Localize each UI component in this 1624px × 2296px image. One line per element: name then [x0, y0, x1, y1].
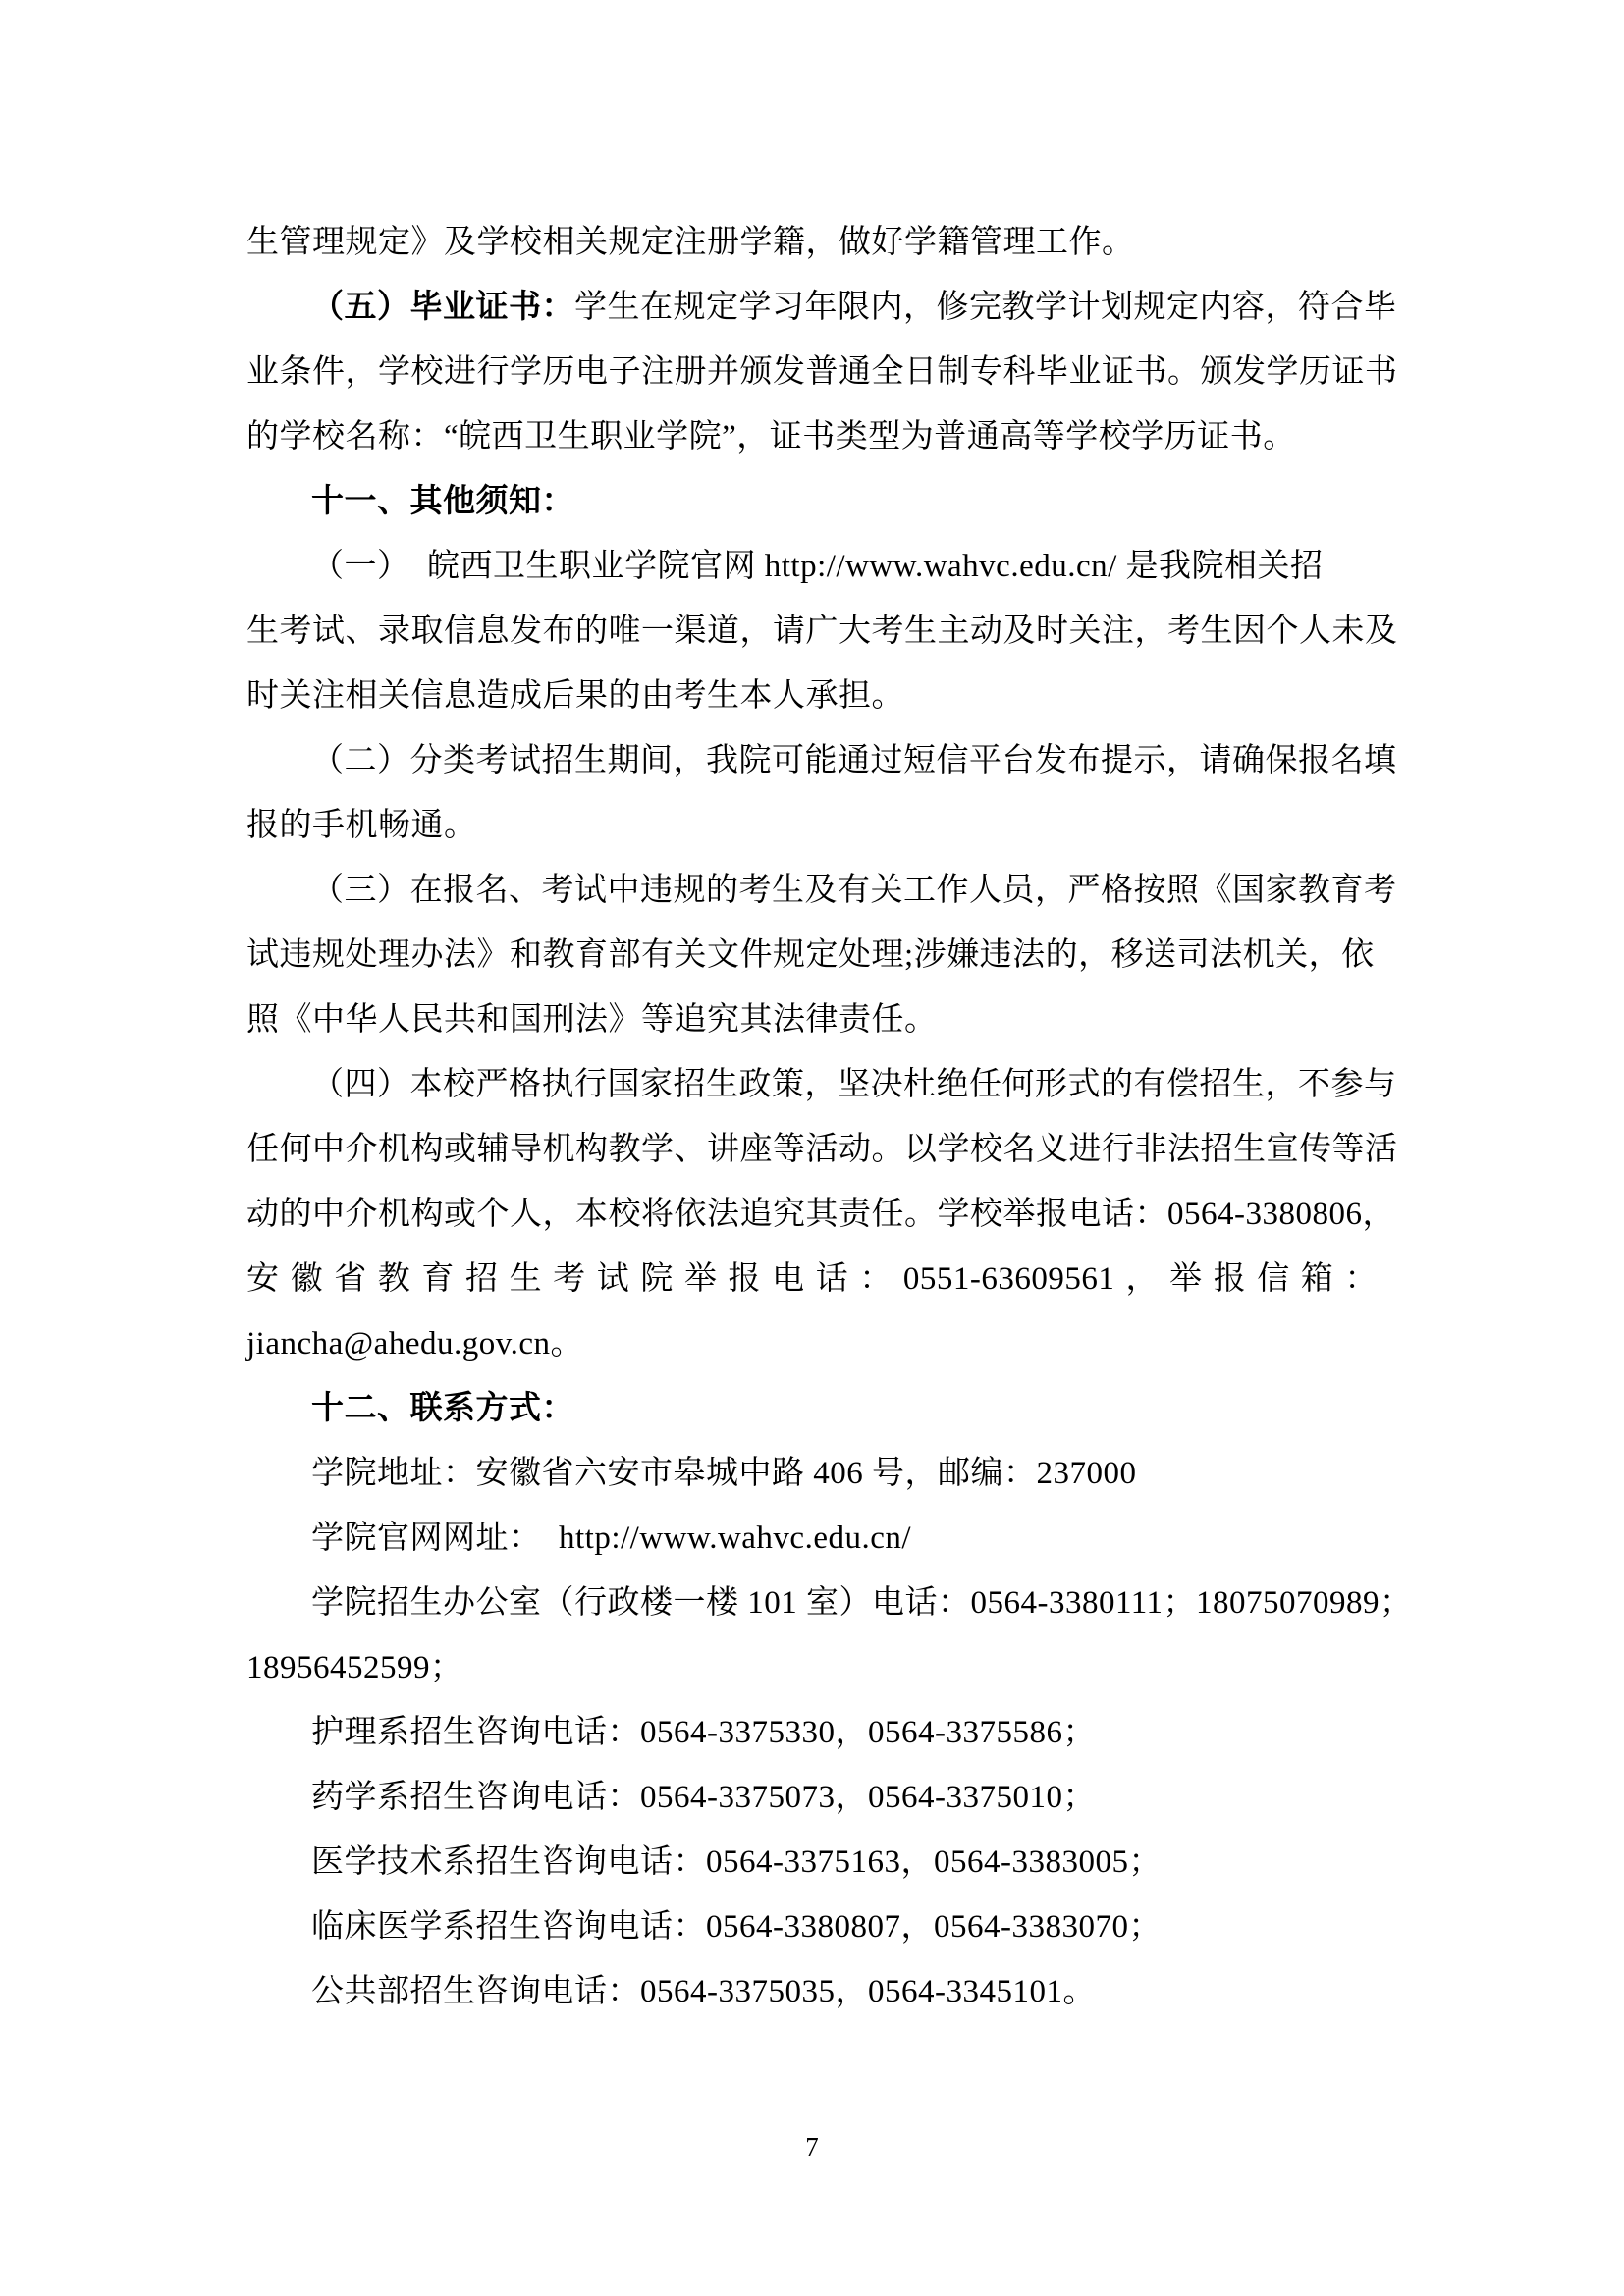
paragraph-line: 生管理规定》及学校相关规定注册学籍，做好学籍管理工作。 — [246, 210, 1378, 275]
paragraph-line: 学院官网网址： http://www.wahvc.edu.cn/ — [246, 1506, 1378, 1571]
text-run: （二）分类考试招生期间，我院可能通过短信平台发布提示，请确保报名填 — [311, 743, 1397, 778]
text-run: 报的手机畅通。 — [246, 808, 477, 843]
text-run: 学生在规定学习年限内，修完教学计划规定内容，符合毕 — [574, 290, 1397, 325]
paragraph-line: 临床医学系招生咨询电话：0564-3380807，0564-3383070； — [246, 1895, 1378, 1959]
paragraph-line: （一） 皖西卫生职业学院官网 http://www.wahvc.edu.cn/ … — [246, 534, 1378, 599]
text-run: 临床医学系招生咨询电话：0564-3380807，0564-3383070； — [311, 1909, 1162, 1945]
paragraph-line: （四）本校严格执行国家招生政策，坚决杜绝任何形式的有偿招生，不参与 — [246, 1052, 1378, 1117]
page-number: 7 — [0, 2132, 1624, 2162]
paragraph-line: 照《中华人民共和国刑法》等追究其法律责任。 — [246, 988, 1378, 1052]
bold-run: 十一、其他须知： — [311, 484, 574, 519]
text-run: 药学系招生咨询电话：0564-3375073，0564-3375010； — [311, 1780, 1096, 1815]
paragraph-line: jiancha@ahedu.gov.cn。 — [246, 1311, 1378, 1376]
text-run: 18956452599； — [246, 1650, 463, 1685]
text-run: （三）在报名、考试中违规的考生及有关工作人员，严格按照《国家教育考 — [311, 873, 1397, 908]
text-run: 学院招生办公室（行政楼一楼 101 室）电话：0564-3380111；1807… — [311, 1585, 1413, 1621]
text-run: 业条件，学校进行学历电子注册并颁发普通全日制专科毕业证书。颁发学历证书 — [246, 354, 1398, 390]
text-run: 护理系招生咨询电话：0564-3375330，0564-3375586； — [311, 1715, 1096, 1750]
section-heading: 十一、其他须知： — [246, 469, 1378, 534]
paragraph-line: 18956452599； — [246, 1635, 1378, 1700]
text-run: 学院地址：安徽省六安市皋城中路 406 号，邮编：237000 — [311, 1456, 1137, 1491]
bold-run: 十二、联系方式： — [311, 1391, 574, 1426]
paragraph-line: 试违规处理办法》和教育部有关文件规定处理;涉嫌违法的，移送司法机关，依 — [246, 923, 1378, 988]
text-run: 医学技术系招生咨询电话：0564-3375163，0564-3383005； — [311, 1844, 1162, 1880]
paragraph-line: （五）毕业证书：学生在规定学习年限内，修完教学计划规定内容，符合毕 — [246, 275, 1378, 340]
paragraph-line: 报的手机畅通。 — [246, 793, 1378, 858]
paragraph-line: 公共部招生咨询电话：0564-3375035，0564-3345101。 — [246, 1959, 1378, 2024]
paragraph-line: 任何中介机构或辅导机构教学、讲座等活动。以学校名义进行非法招生宣传等活 — [246, 1117, 1378, 1182]
text-run: 照《中华人民共和国刑法》等追究其法律责任。 — [246, 1002, 938, 1038]
paragraph-line: 时关注相关信息造成后果的由考生本人承担。 — [246, 664, 1378, 728]
paragraph-line: 的学校名称：“皖西卫生职业学院”，证书类型为普通高等学校学历证书。 — [246, 404, 1378, 469]
paragraph-line: （三）在报名、考试中违规的考生及有关工作人员，严格按照《国家教育考 — [246, 858, 1378, 923]
paragraph-line: 动的中介机构或个人，本校将依法追究其责任。学校举报电话：0564-3380806… — [246, 1182, 1378, 1247]
paragraph-line: 业条件，学校进行学历电子注册并颁发普通全日制专科毕业证书。颁发学历证书 — [246, 340, 1378, 404]
paragraph-line: 生考试、录取信息发布的唯一渠道，请广大考生主动及时关注，考生因个人未及 — [246, 599, 1378, 664]
section-heading: 十二、联系方式： — [246, 1376, 1378, 1441]
paragraph-line: 药学系招生咨询电话：0564-3375073，0564-3375010； — [246, 1765, 1378, 1830]
text-run: 生管理规定》及学校相关规定注册学籍，做好学籍管理工作。 — [246, 225, 1135, 260]
text-run: 生考试、录取信息发布的唯一渠道，请广大考生主动及时关注，考生因个人未及 — [246, 614, 1398, 649]
text-run: 任何中介机构或辅导机构教学、讲座等活动。以学校名义进行非法招生宣传等活 — [246, 1132, 1398, 1167]
paragraph-line: 护理系招生咨询电话：0564-3375330，0564-3375586； — [246, 1700, 1378, 1765]
text-run: （四）本校严格执行国家招生政策，坚决杜绝任何形式的有偿招生，不参与 — [311, 1067, 1397, 1102]
document-page: 生管理规定》及学校相关规定注册学籍，做好学籍管理工作。 （五）毕业证书：学生在规… — [0, 0, 1624, 2296]
text-run: jiancha@ahedu.gov.cn。 — [246, 1326, 583, 1362]
text-run: （一） 皖西卫生职业学院官网 http://www.wahvc.edu.cn/ … — [311, 549, 1324, 584]
paragraph-line: 安徽省教育招生考试院举报电话：0551-63609561，举报信箱： — [246, 1247, 1378, 1311]
paragraph-line: 学院地址：安徽省六安市皋城中路 406 号，邮编：237000 — [246, 1441, 1378, 1506]
text-run: 学院官网网址： http://www.wahvc.edu.cn/ — [311, 1521, 911, 1556]
paragraph-line: 医学技术系招生咨询电话：0564-3375163，0564-3383005； — [246, 1830, 1378, 1895]
paragraph-line: （二）分类考试招生期间，我院可能通过短信平台发布提示，请确保报名填 — [246, 728, 1378, 793]
text-run: 的学校名称：“皖西卫生职业学院”，证书类型为普通高等学校学历证书。 — [246, 419, 1296, 454]
text-run: 试违规处理办法》和教育部有关文件规定处理;涉嫌违法的，移送司法机关，依 — [246, 937, 1375, 973]
text-run: 安徽省教育招生考试院举报电话：0551-63609561，举报信箱： — [246, 1261, 1378, 1297]
bold-run: （五）毕业证书： — [311, 290, 574, 325]
text-run: 动的中介机构或个人，本校将依法追究其责任。学校举报电话：0564-3380806… — [246, 1197, 1395, 1232]
paragraph-line: 学院招生办公室（行政楼一楼 101 室）电话：0564-3380111；1807… — [246, 1571, 1378, 1635]
text-run: 公共部招生咨询电话：0564-3375035，0564-3345101。 — [311, 1974, 1096, 2009]
text-run: 时关注相关信息造成后果的由考生本人承担。 — [246, 678, 904, 714]
